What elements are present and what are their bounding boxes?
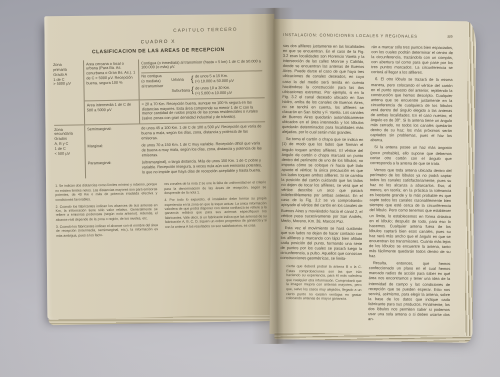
- running-head-left: CAPITULO TERCERO: [52, 26, 263, 35]
- cuadro-x-table: Zona primaria Grado A 1 de C > 5000 μV A…: [53, 57, 266, 179]
- table-caption: CUADRO X: [53, 38, 264, 47]
- paramarginal-desc: (ultramarginal), o larga distancia. Más …: [140, 159, 266, 176]
- text-column-1: sas dos alfileres justamente en las loca…: [280, 43, 365, 323]
- note-4: 4. Por todo lo expuesto, el instalador d…: [164, 196, 267, 229]
- urbana-label: Urbana: [171, 77, 189, 82]
- intermedia-desc: ≈ 20 a 70 Km. Recepción buena, aunque no…: [139, 98, 265, 123]
- page-number: 89: [447, 34, 453, 39]
- paragraph: Resulta, entonces, que hemos confecciona…: [368, 260, 450, 322]
- photo-background: CAPITULO TERCERO CUADRO X CLASIFICACION …: [0, 0, 500, 377]
- right-page-content: INSTALACION: CONDICIONES LOCALES Y REGIO…: [269, 19, 469, 336]
- table-row-marginal: Marginal: de unos 70 a 150 Km. 1 de C mu…: [85, 141, 265, 159]
- semimarginal-desc: de unos 45 a 100 Km. 1 de C de 100 a 500…: [139, 124, 265, 141]
- urbana-range: de unos 5 a 15 Km. (≈) 10.000 a 50.000 μ…: [195, 74, 234, 84]
- table-row-semimarginal: Semimarginal: de unos 45 a 100 Km. 1 de …: [85, 124, 265, 142]
- table-row-area-intermedia: Area intermedia 1 de C de 500 a 5000 μV …: [85, 97, 265, 124]
- note-3: 3. Cuando los fabricantes indican el alc…: [56, 223, 158, 238]
- urbana-row: Urbana { de unos 5 a 15 Km. (≈) 10.000 a…: [171, 74, 262, 86]
- area-intermedia-cell: Area intermedia 1 de C de 500 a 5000 μV: [85, 101, 139, 124]
- marginal-desc: de unos 70 a 150 Km. 1 de C muy variable…: [139, 141, 265, 158]
- zone-label-secundaria: Zona secundaria Grados A, B y C 1 de C <…: [54, 125, 85, 179]
- paragraph: Vemos que toda antena ubicada dentro del…: [369, 167, 452, 259]
- left-page: CAPITULO TERCERO CUADRO X CLASIFICACION …: [44, 14, 277, 319]
- running-head-right: INSTALACION: CONDICIONES LOCALES Y REGIO…: [283, 32, 417, 39]
- paragraph: sas dos alfileres justamente en las loca…: [282, 43, 365, 135]
- table-subtitle: CLASIFICACION DE LAS AREAS DE RECEPCION: [53, 46, 264, 56]
- area-cercana-cell: Area cercana o local o urbana (Para Ba. …: [84, 59, 139, 100]
- right-page-header: INSTALACION: CONDICIONES LOCALES Y REGIO…: [283, 32, 453, 39]
- paragraph: Se toma el cartón o chapa que se indica …: [281, 136, 364, 223]
- zone-label-primaria: Zona primaria Grado A 1 de C > 5000 μV: [53, 60, 84, 124]
- footnote-block: cierta que deberá probar la antena B o l…: [286, 264, 362, 301]
- notes-column-left: 1. Se indican dos distancias como límite…: [55, 183, 158, 241]
- suburbana-row: Suburbana { de unos 10 a 30 Km. (≈) 5.00…: [171, 85, 262, 97]
- open-book: CAPITULO TERCERO CUADRO X CLASIFICACION …: [44, 8, 483, 349]
- text-column-2: rán a marcar sólo tres puntos bien espac…: [368, 44, 453, 324]
- suburbana-range: de unos 10 a 30 Km. (≈) 5.000 a 10.000 μ…: [195, 86, 232, 96]
- paragraph: rán a marcar sólo tres puntos bien espac…: [371, 44, 453, 75]
- note-1: 1. Se indican dos distancias como límite…: [55, 183, 157, 202]
- table-group-zona-primaria: Zona primaria Grado A 1 de C > 5000 μV A…: [53, 57, 265, 124]
- table-group-zona-secundaria: Zona secundaria Grados A, B y C 1 de C <…: [54, 121, 266, 179]
- marginal-label: Marginal:: [85, 144, 139, 160]
- right-page-columns: sas dos alfileres justamente en las loca…: [280, 43, 453, 324]
- notes-column-right: res zonales de la nota 2 se une la falta…: [164, 181, 267, 239]
- paragraph: Si la antena posee un haz más angosto (p…: [370, 145, 452, 166]
- paragraph: Esta vez el movimiento se hará cuidando …: [280, 225, 362, 262]
- table-row-area-cercana: Area cercana o local o urbana (Para Ba. …: [84, 57, 265, 100]
- contigua-text: Contigua (o inmediata) al transmisor (ha…: [141, 59, 262, 71]
- no-contigua-cell: No contigua (o mediata) al transmisor: [141, 74, 171, 98]
- notes-section: 1. Se indican dos distancias como límite…: [55, 181, 267, 241]
- paragraph: 6. El otro lóbulo se trazará de la misma…: [370, 77, 452, 144]
- suburbana-label: Suburbana: [172, 89, 190, 94]
- semimarginal-label: Semimarginal:: [85, 127, 139, 143]
- note-3-continued: res zonales de la nota 2 se une la falta…: [164, 181, 266, 196]
- paramarginal-label: Paramarginal:: [86, 161, 140, 177]
- brace-glyph: {: [191, 75, 194, 85]
- note-2: 2. Cuando los fabricantes indican los al…: [56, 203, 158, 222]
- right-page: INSTALACION: CONDICIONES LOCALES Y REGIO…: [269, 19, 469, 336]
- table-row-paramarginal: Paramarginal: (ultramarginal), o larga d…: [86, 159, 266, 177]
- brace-glyph: {: [191, 86, 194, 96]
- left-page-content: CAPITULO TERCERO CUADRO X CLASIFICACION …: [43, 13, 278, 320]
